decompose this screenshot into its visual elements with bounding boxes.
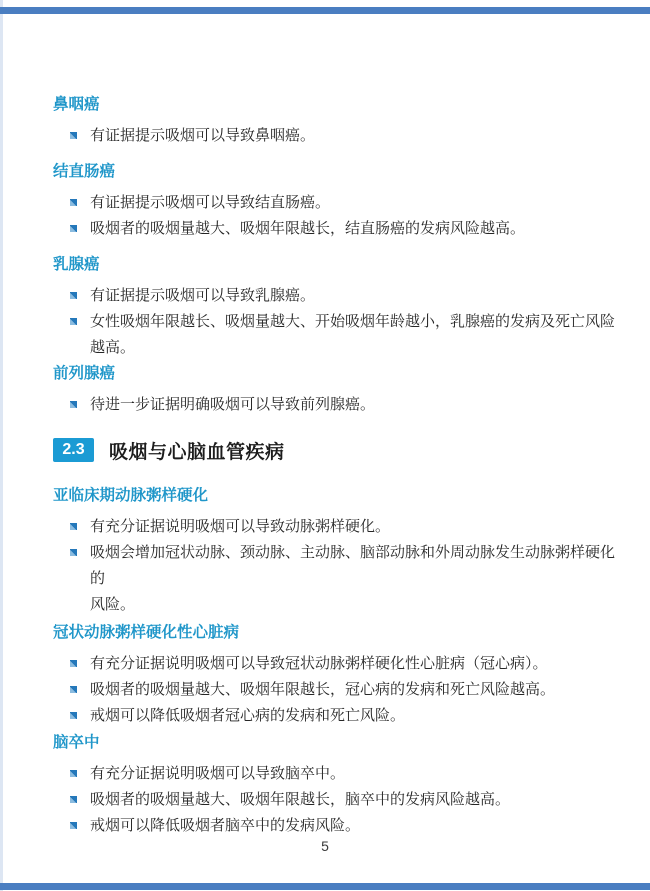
bullet-list: 有证据提示吸烟可以导致鼻咽癌。 (53, 123, 620, 149)
bullet-text: 有充分证据说明吸烟可以导致动脉粥样硬化。 (90, 514, 390, 540)
bullet-list: 有证据提示吸烟可以导致乳腺癌。 女性吸烟年限越长、吸烟量越大、开始吸烟年龄越小，… (53, 283, 620, 361)
page-content: 鼻咽癌 有证据提示吸烟可以导致鼻咽癌。 结直肠癌 有证据提示吸烟可以导致结直肠癌… (0, 0, 650, 839)
bullet-item: 有充分证据说明吸烟可以导致冠状动脉粥样硬化性心脏病（冠心病）。 (53, 651, 620, 677)
square-bullet-icon (70, 401, 77, 408)
bullet-item: 有充分证据说明吸烟可以导致动脉粥样硬化。 (53, 514, 620, 540)
bullet-item: 吸烟者的吸烟量越大、吸烟年限越长，结直肠癌的发病风险越高。 (53, 216, 620, 242)
section-prostate-cancer: 前列腺癌 待进一步证据明确吸烟可以导致前列腺癌。 (53, 364, 620, 418)
section-stroke: 脑卒中 有充分证据说明吸烟可以导致脑卒中。 吸烟者的吸烟量越大、吸烟年限越长，脑… (53, 733, 620, 839)
bullet-text: 女性吸烟年限越长、吸烟量越大、开始吸烟年龄越小，乳腺癌的发病及死亡风险 越高。 (90, 309, 615, 361)
bullet-text: 有证据提示吸烟可以导致鼻咽癌。 (90, 123, 315, 149)
bullet-text: 有充分证据说明吸烟可以导致脑卒中。 (90, 761, 345, 787)
bullet-text: 有充分证据说明吸烟可以导致冠状动脉粥样硬化性心脏病（冠心病）。 (90, 651, 548, 677)
bullet-text: 吸烟者的吸烟量越大、吸烟年限越长，结直肠癌的发病风险越高。 (90, 216, 525, 242)
section-heading: 结直肠癌 (53, 162, 620, 182)
bullet-item: 待进一步证据明确吸烟可以导致前列腺癌。 (53, 392, 620, 418)
chapter-header: 2.3 吸烟与心脑血管疾病 (53, 437, 620, 463)
bullet-text: 吸烟会增加冠状动脉、颈动脉、主动脉、脑部动脉和外周动脉发生动脉粥样硬化的 风险。 (90, 540, 620, 618)
bullet-item: 吸烟者的吸烟量越大、吸烟年限越长，脑卒中的发病风险越高。 (53, 787, 620, 813)
bullet-item: 有充分证据说明吸烟可以导致脑卒中。 (53, 761, 620, 787)
square-bullet-icon (70, 292, 77, 299)
bullet-item: 吸烟者的吸烟量越大、吸烟年限越长，冠心病的发病和死亡风险越高。 (53, 677, 620, 703)
bullet-list: 有充分证据说明吸烟可以导致脑卒中。 吸烟者的吸烟量越大、吸烟年限越长，脑卒中的发… (53, 761, 620, 839)
bullet-text: 吸烟者的吸烟量越大、吸烟年限越长，冠心病的发病和死亡风险越高。 (90, 677, 555, 703)
square-bullet-icon (70, 686, 77, 693)
bullet-item: 有证据提示吸烟可以导致乳腺癌。 (53, 283, 620, 309)
bullet-text: 戒烟可以降低吸烟者冠心病的发病和死亡风险。 (90, 703, 405, 729)
square-bullet-icon (70, 549, 77, 556)
bullet-list: 有充分证据说明吸烟可以导致冠状动脉粥样硬化性心脏病（冠心病）。 吸烟者的吸烟量越… (53, 651, 620, 729)
square-bullet-icon (70, 132, 77, 139)
bullet-text: 有证据提示吸烟可以导致结直肠癌。 (90, 190, 330, 216)
bullet-item: 戒烟可以降低吸烟者脑卒中的发病风险。 (53, 813, 620, 839)
section-heading: 前列腺癌 (53, 364, 620, 384)
section-nasopharyngeal-cancer: 鼻咽癌 有证据提示吸烟可以导致鼻咽癌。 (53, 95, 620, 149)
section-breast-cancer: 乳腺癌 有证据提示吸烟可以导致乳腺癌。 女性吸烟年限越长、吸烟量越大、开始吸烟年… (53, 255, 620, 361)
square-bullet-icon (70, 225, 77, 232)
section-coronary-heart-disease: 冠状动脉粥样硬化性心脏病 有充分证据说明吸烟可以导致冠状动脉粥样硬化性心脏病（冠… (53, 623, 620, 729)
square-bullet-icon (70, 822, 77, 829)
section-colorectal-cancer: 结直肠癌 有证据提示吸烟可以导致结直肠癌。 吸烟者的吸烟量越大、吸烟年限越长，结… (53, 162, 620, 242)
section-heading: 乳腺癌 (53, 255, 620, 275)
bullet-item: 有证据提示吸烟可以导致结直肠癌。 (53, 190, 620, 216)
section-heading: 鼻咽癌 (53, 95, 620, 115)
chapter-number-badge: 2.3 (53, 438, 94, 462)
bullet-item: 有证据提示吸烟可以导致鼻咽癌。 (53, 123, 620, 149)
square-bullet-icon (70, 770, 77, 777)
bullet-list: 待进一步证据明确吸烟可以导致前列腺癌。 (53, 392, 620, 418)
square-bullet-icon (70, 796, 77, 803)
bottom-accent-bar (0, 883, 650, 890)
bullet-item: 女性吸烟年限越长、吸烟量越大、开始吸烟年龄越小，乳腺癌的发病及死亡风险 越高。 (53, 309, 620, 361)
section-heading: 脑卒中 (53, 733, 620, 753)
square-bullet-icon (70, 712, 77, 719)
section-heading: 冠状动脉粥样硬化性心脏病 (53, 623, 620, 643)
bullet-list: 有充分证据说明吸烟可以导致动脉粥样硬化。 吸烟会增加冠状动脉、颈动脉、主动脉、脑… (53, 514, 620, 618)
chapter-title: 吸烟与心脑血管疾病 (109, 437, 285, 464)
square-bullet-icon (70, 199, 77, 206)
bullet-item: 戒烟可以降低吸烟者冠心病的发病和死亡风险。 (53, 703, 620, 729)
square-bullet-icon (70, 318, 77, 325)
section-subclinical-atherosclerosis: 亚临床期动脉粥样硬化 有充分证据说明吸烟可以导致动脉粥样硬化。 吸烟会增加冠状动… (53, 486, 620, 618)
page-number: 5 (0, 838, 650, 854)
bullet-text: 有证据提示吸烟可以导致乳腺癌。 (90, 283, 315, 309)
bullet-item: 吸烟会增加冠状动脉、颈动脉、主动脉、脑部动脉和外周动脉发生动脉粥样硬化的 风险。 (53, 540, 620, 618)
bullet-text: 待进一步证据明确吸烟可以导致前列腺癌。 (90, 392, 375, 418)
square-bullet-icon (70, 523, 77, 530)
bullet-text: 吸烟者的吸烟量越大、吸烟年限越长，脑卒中的发病风险越高。 (90, 787, 510, 813)
bullet-list: 有证据提示吸烟可以导致结直肠癌。 吸烟者的吸烟量越大、吸烟年限越长，结直肠癌的发… (53, 190, 620, 242)
section-heading: 亚临床期动脉粥样硬化 (53, 486, 620, 506)
square-bullet-icon (70, 660, 77, 667)
bullet-text: 戒烟可以降低吸烟者脑卒中的发病风险。 (90, 813, 360, 839)
